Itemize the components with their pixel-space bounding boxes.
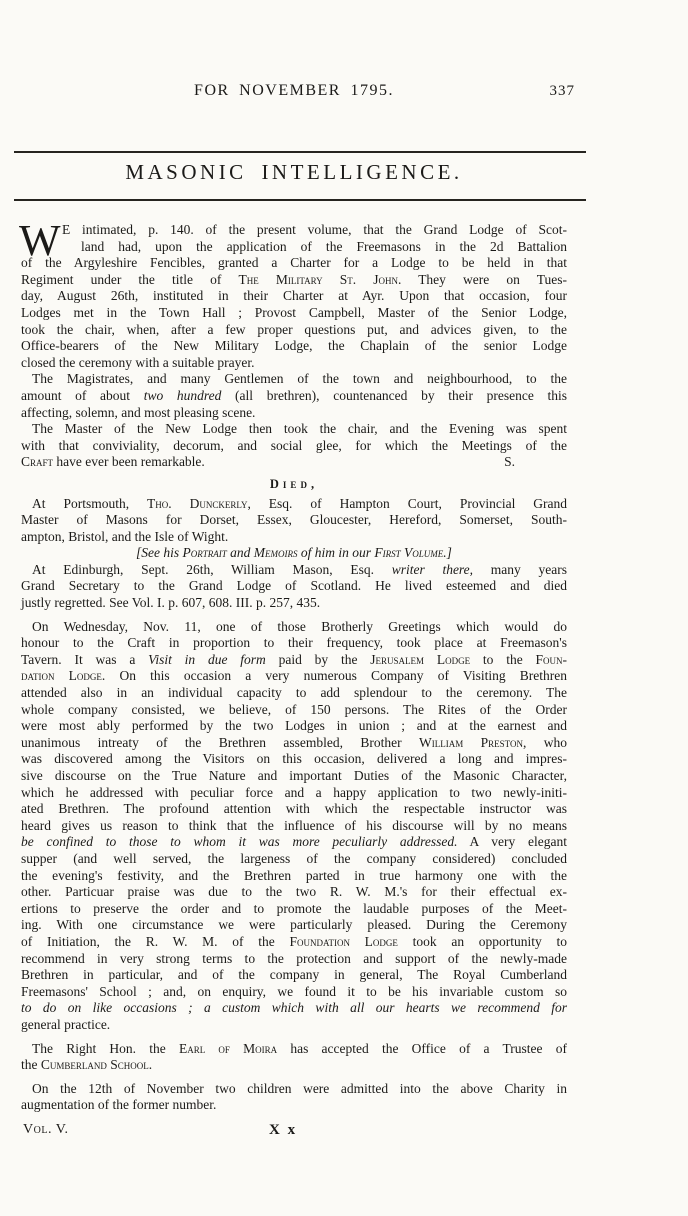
text-line: of Initiation, the R. W. M. of the Found… (21, 934, 567, 951)
divider-rule-top (14, 151, 586, 153)
text-line: Office-bearers of the New Military Lodge… (21, 338, 567, 355)
attribution-initial: S. (504, 454, 515, 471)
text-line: closed the ceremony with a suitable pray… (21, 355, 567, 372)
text-line: unanimous intreaty of the Brethren assem… (21, 735, 567, 752)
page-footer: Vol. V. X x (21, 1122, 567, 1142)
text-line: whole company consisted, we believe, of … (21, 702, 567, 719)
text-segment: Regiment under the title of (21, 272, 238, 287)
text-segment: ated Brethren. The profound attention wi… (21, 801, 567, 816)
text-segment: augmentation of the former number. (21, 1097, 216, 1112)
text-line: to do on like occasions ; a custom which… (21, 1000, 567, 1017)
text-segment: attended also in an individual capacity … (21, 685, 567, 700)
text-segment: Foun- (536, 652, 568, 667)
text-segment: writer there, (392, 562, 473, 577)
text-segment: dation Lodge (21, 668, 102, 683)
text-line: dation Lodge. On this occasion a very nu… (21, 668, 567, 685)
text-segment: affecting, solemn, and most pleasing sce… (21, 405, 255, 420)
text-segment: Earl of Moira (179, 1041, 277, 1056)
text-line: On Wednesday, Nov. 11, one of those Brot… (21, 619, 567, 636)
text-line: Tavern. It was a Visit in due form paid … (21, 652, 567, 669)
text-segment: Tavern. It was a (21, 652, 148, 667)
volume-label: Vol. V. (23, 1122, 69, 1138)
running-head: FOR NOVEMBER 1795. 337 (21, 82, 567, 100)
paragraph: WE intimated, p. 140. of the present vol… (21, 222, 567, 371)
text-segment: ampton, Bristol, and the Isle of Wight. (21, 529, 228, 544)
text-segment: with that conviviality, decorum, and soc… (21, 438, 567, 453)
signature-mark: X x (269, 1122, 297, 1139)
text-line: At Portsmouth, Tho. Dunckerly, Esq. of H… (21, 496, 567, 513)
text-segment: The Magistrates, and many Gentlemen of t… (32, 371, 567, 386)
text-line: On the 12th of November two children wer… (21, 1081, 567, 1098)
text-segment: justly regretted. See Vol. I. p. 607, 60… (21, 595, 320, 610)
text-line: recommend in very strong terms to the pr… (21, 951, 567, 968)
text-segment: . On this occasion a very numerous Compa… (102, 668, 567, 683)
running-title: FOR NOVEMBER 1795. (194, 82, 394, 99)
text-segment: ertions to preserve the order and to pro… (21, 901, 567, 916)
text-line: ampton, Bristol, and the Isle of Wight. (21, 529, 567, 546)
text-segment: amount of about (21, 388, 144, 403)
text-line: be confined to those to whom it was more… (21, 834, 567, 851)
paragraph: The Master of the New Lodge then took th… (21, 421, 567, 471)
text-segment: supper (and well served, the largeness o… (21, 851, 567, 866)
text-line: Master of Masons for Dorset, Essex, Glou… (21, 512, 567, 529)
text-segment: E intimated, p. 140. of the present volu… (62, 222, 567, 237)
text-line: honour to the Craft in proportion to the… (21, 635, 567, 652)
text-segment: William Preston (419, 735, 523, 750)
text-segment: of Initiation, the R. W. M. of the (21, 934, 289, 949)
text-segment: has accepted the Office of a Trustee of (277, 1041, 567, 1056)
text-line: other. Particuar praise was due to the t… (21, 884, 567, 901)
text-segment: Portrait (183, 545, 227, 560)
text-segment: Cumberland School (41, 1057, 149, 1072)
text-line: affecting, solemn, and most pleasing sce… (21, 405, 567, 422)
text-segment: At Portsmouth, (32, 496, 147, 511)
text-segment: the evening's festivity, and the Brethre… (21, 868, 567, 883)
text-segment: day, August 26th, instituted in their Ch… (21, 288, 567, 303)
text-line: E intimated, p. 140. of the present volu… (21, 222, 567, 239)
text-segment: . They were on Tues- (398, 272, 567, 287)
text-segment: ing. With one circumstance we were parti… (21, 917, 567, 932)
paragraph: At Edinburgh, Sept. 26th, William Mason,… (21, 562, 567, 612)
text-segment: [See his (136, 545, 183, 560)
text-segment: sive discourse on the True Nature and im… (21, 768, 567, 783)
text-segment: (all brethren), countenanced by their pr… (221, 388, 567, 403)
text-segment: was discovered among the Visitors on thi… (21, 751, 567, 766)
text-segment: Brethren in particular, and of the compa… (21, 967, 567, 982)
text-line: The Right Hon. the Earl of Moira has acc… (21, 1041, 567, 1058)
text-segment: Office-bearers of the New Military Lodge… (21, 338, 567, 353)
text-line: land had, upon the application of the Fr… (21, 239, 567, 256)
text-segment: Master of Masons for Dorset, Essex, Glou… (21, 512, 567, 527)
text-segment: took the chair, when, after a few proper… (21, 322, 567, 337)
text-segment: A very elegant (458, 834, 567, 849)
text-segment: to the (470, 652, 535, 667)
text-segment: to do on like occasions ; a custom which… (21, 1000, 567, 1015)
text-segment: whole company consisted, we believe, of … (21, 702, 567, 717)
text-segment: of him in our (298, 545, 375, 560)
text-segment: Foundation Lodge (289, 934, 397, 949)
text-segment: Grand Secretary to the Grand Lodge of Sc… (21, 578, 567, 593)
text-line: general practice. (21, 1017, 567, 1034)
text-segment: of the Argyleshire Fencibles, granted a … (21, 255, 567, 270)
text-line: justly regretted. See Vol. I. p. 607, 60… (21, 595, 567, 612)
text-segment: the (21, 1057, 41, 1072)
paragraph: On Wednesday, Nov. 11, one of those Brot… (21, 619, 567, 1034)
text-line: The Master of the New Lodge then took th… (21, 421, 567, 438)
text-line: ertions to preserve the order and to pro… (21, 901, 567, 918)
text-line: Grand Secretary to the Grand Lodge of Sc… (21, 578, 567, 595)
text-segment: The Right Hon. the (32, 1041, 179, 1056)
text-segment: closed the ceremony with a suitable pray… (21, 355, 255, 370)
text-segment: . (149, 1057, 152, 1072)
text-line: the evening's festivity, and the Brethre… (21, 868, 567, 885)
text-segment: On Wednesday, Nov. 11, one of those Brot… (32, 619, 567, 634)
paragraph: [See his Portrait and Memoirs of him in … (21, 545, 567, 562)
text-line: Lodges met in the Town Hall ; Provost Ca… (21, 305, 567, 322)
text-line: [See his Portrait and Memoirs of him in … (21, 545, 567, 562)
paragraph: The Magistrates, and many Gentlemen of t… (21, 371, 567, 421)
text-segment: land had, upon the application of the Fr… (81, 239, 567, 254)
text-segment: The Master of the New Lodge then took th… (32, 421, 567, 436)
text-segment: general practice. (21, 1017, 110, 1032)
text-segment: recommend in very strong terms to the pr… (21, 951, 567, 966)
text-line: ated Brethren. The profound attention wi… (21, 801, 567, 818)
text-line: attended also in an individual capacity … (21, 685, 567, 702)
text-segment: The Military St. John (238, 272, 397, 287)
text-segment: which he addressed with peculiar force a… (21, 785, 567, 800)
text-line: were most ably performed by the two Lodg… (21, 718, 567, 735)
paragraph: The Right Hon. the Earl of Moira has acc… (21, 1041, 567, 1074)
text-line: At Edinburgh, Sept. 26th, William Mason,… (21, 562, 567, 579)
article-title: MASONIC INTELLIGENCE. (21, 160, 567, 185)
text-segment: and (227, 545, 254, 560)
text-segment: Jerusalem Lodge (370, 652, 470, 667)
page-number: 337 (550, 83, 576, 100)
scanned-magazine-page: FOR NOVEMBER 1795. 337 MASONIC INTELLIGE… (0, 0, 688, 1216)
text-segment: Craft (21, 454, 53, 469)
divider-rule-bottom (14, 199, 586, 201)
text-segment: be confined to those to whom it was more… (21, 834, 458, 849)
text-segment: two hundred (144, 388, 222, 403)
text-segment: On the 12th of November two children wer… (32, 1081, 567, 1096)
text-line: with that conviviality, decorum, and soc… (21, 438, 567, 455)
text-segment: took an opportunity to (398, 934, 567, 949)
text-segment: , Esq. of Hampton Court, Provincial Gran… (247, 496, 567, 511)
text-segment: were most ably performed by the two Lodg… (21, 718, 567, 733)
text-segment: heard gives us reason to think that the … (21, 818, 567, 833)
text-line: ing. With one circumstance we were parti… (21, 917, 567, 934)
text-segment: unanimous intreaty of the Brethren assem… (21, 735, 419, 750)
text-line: day, August 26th, instituted in their Ch… (21, 288, 567, 305)
paragraph: At Portsmouth, Tho. Dunckerly, Esq. of H… (21, 496, 567, 546)
text-segment: Freemasons' School ; and, on enquiry, we… (21, 984, 567, 999)
text-segment: At Edinburgh, Sept. 26th, William Mason,… (32, 562, 392, 577)
text-line: of the Argyleshire Fencibles, granted a … (21, 255, 567, 272)
text-segment: many years (473, 562, 567, 577)
text-segment: other. Particuar praise was due to the t… (21, 884, 567, 899)
text-line: the Cumberland School. (21, 1057, 567, 1074)
text-line: amount of about two hundred (all brethre… (21, 388, 567, 405)
text-segment: Lodges met in the Town Hall ; Provost Ca… (21, 305, 567, 320)
text-line: augmentation of the former number. (21, 1097, 567, 1114)
article-body: WE intimated, p. 140. of the present vol… (21, 222, 567, 1114)
dropcap-letter: W (19, 224, 61, 257)
text-line: sive discourse on the True Nature and im… (21, 768, 567, 785)
text-segment: have ever been remarkable. (53, 454, 205, 469)
text-segment: Tho. Dunckerly (147, 496, 247, 511)
text-line: took the chair, when, after a few proper… (21, 322, 567, 339)
text-line: supper (and well served, the largeness o… (21, 851, 567, 868)
text-line: heard gives us reason to think that the … (21, 818, 567, 835)
text-segment: , who (523, 735, 567, 750)
text-segment: First Volume (374, 545, 443, 560)
text-segment: Visit in due form (148, 652, 266, 667)
text-segment: .] (443, 545, 452, 560)
text-line: S.Craft have ever been remarkable. (21, 454, 567, 471)
text-line: Freemasons' School ; and, on enquiry, we… (21, 984, 567, 1001)
text-line: Regiment under the title of The Military… (21, 272, 567, 289)
text-segment: honour to the Craft in proportion to the… (21, 635, 567, 650)
text-line: Brethren in particular, and of the compa… (21, 967, 567, 984)
text-segment: Memoirs (254, 545, 298, 560)
died-heading: Died, (21, 476, 567, 493)
paragraph: On the 12th of November two children wer… (21, 1081, 567, 1114)
text-segment: paid by the (266, 652, 370, 667)
text-line: The Magistrates, and many Gentlemen of t… (21, 371, 567, 388)
text-line: was discovered among the Visitors on thi… (21, 751, 567, 768)
text-line: which he addressed with peculiar force a… (21, 785, 567, 802)
